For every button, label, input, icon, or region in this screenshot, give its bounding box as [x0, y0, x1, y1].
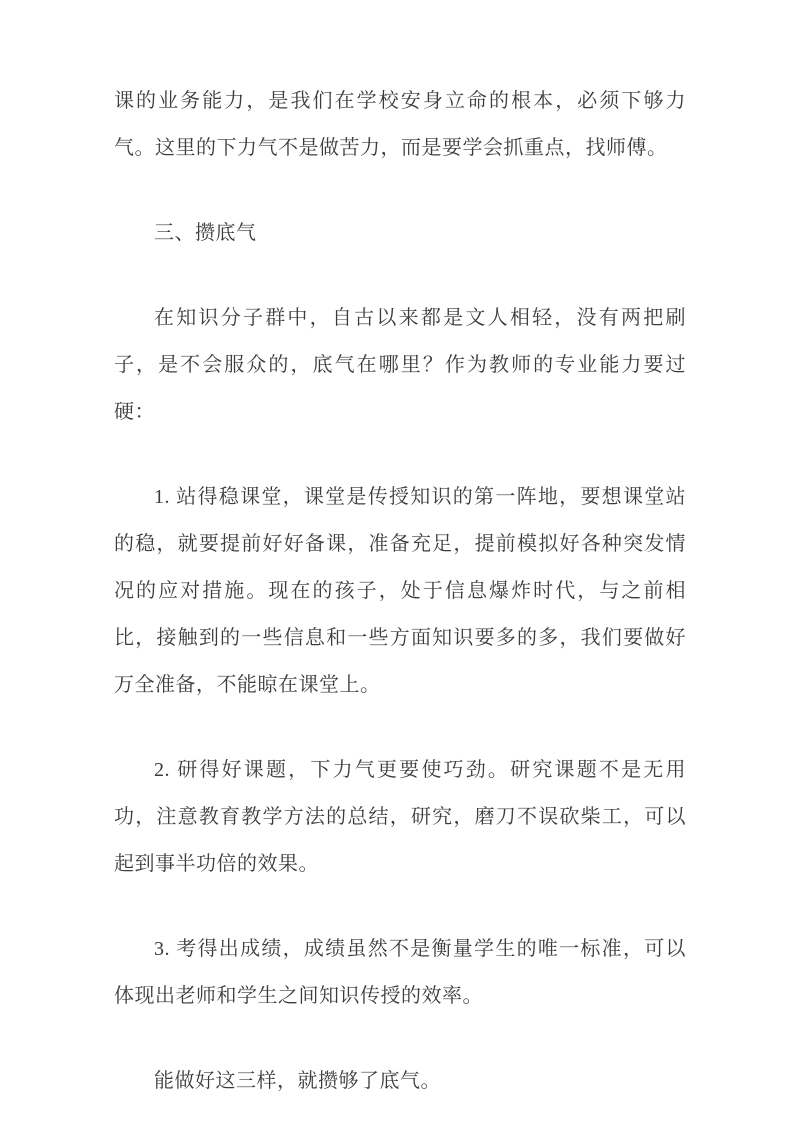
paragraph-continuation: 课的业务能力，是我们在学校安身立命的根本，必须下够力气。这里的下力气不是做苦力，…: [114, 78, 686, 172]
document-page: 课的业务能力，是我们在学校安身立命的根本，必须下够力气。这里的下力气不是做苦力，…: [0, 0, 793, 1122]
paragraph-point-2: 2. 研得好课题，下力气更要使巧劲。研究课题不是无用功，注意教育教学方法的总结，…: [114, 747, 686, 888]
section-heading: 三、攒底气: [114, 210, 686, 257]
paragraph-conclusion: 能做好这三样，就攒够了底气。: [114, 1058, 686, 1105]
paragraph-intro: 在知识分子群中，自古以来都是文人相轻，没有两把刷子，是不会服众的，底气在哪里？作…: [114, 295, 686, 436]
paragraph-point-1: 1. 站得稳课堂，课堂是传授知识的第一阵地，要想课堂站的稳，就要提前好好备课，准…: [114, 474, 686, 709]
paragraph-point-3: 3. 考得出成绩，成绩虽然不是衡量学生的唯一标准，可以体现出老师和学生之间知识传…: [114, 926, 686, 1020]
